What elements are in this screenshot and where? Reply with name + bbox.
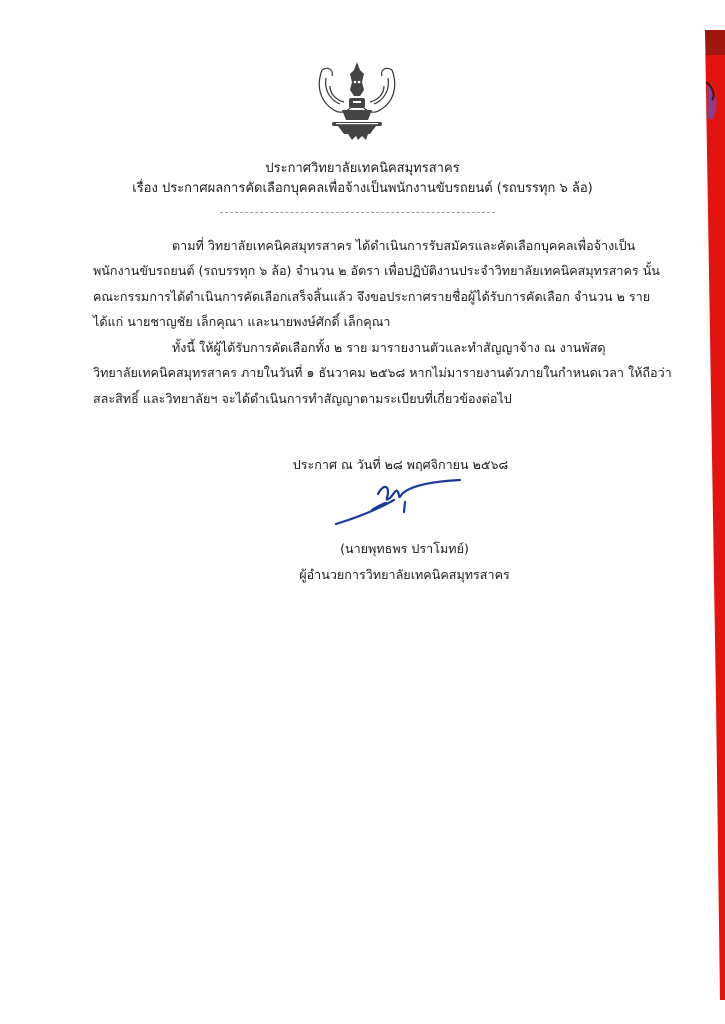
- paragraph-2-line: วิทยาลัยเทคนิคสมุทรสาคร ภายในวันที่ ๑ ธั…: [93, 360, 618, 385]
- paragraph-2-line: สละสิทธิ์ และวิทยาลัยฯ จะได้ดำเนินการทำส…: [93, 386, 618, 411]
- document-page: ประกาศวิทยาลัยเทคนิคสมุทรสาคร เรื่อง ประ…: [0, 0, 725, 1024]
- paragraph-1: ตามที่ วิทยาลัยเทคนิคสมุทรสาคร ได้ดำเนิน…: [93, 233, 618, 334]
- paragraph-2-line: ทั้งนี้ ให้ผู้ได้รับการคัดเลือกทั้ง ๒ รา…: [93, 335, 618, 360]
- paragraph-1-line: คณะกรรมการได้ดำเนินการคัดเลือกเสร็จสิ้นแ…: [93, 284, 618, 309]
- paragraph-2: ทั้งนี้ ให้ผู้ได้รับการคัดเลือกทั้ง ๒ รา…: [93, 335, 618, 411]
- signer-name: (นายพุทธพร ปราโมทย์): [42, 540, 725, 558]
- signature-icon: [332, 470, 467, 528]
- signer-position: ผู้อำนวยการวิทยาลัยเทคนิคสมุทรสาคร: [42, 566, 725, 584]
- paragraph-1-line: ได้แก่ นายชาญชัย เล็กคุณา และนายพงษ์ศักด…: [93, 309, 618, 334]
- document-heading: ประกาศวิทยาลัยเทคนิคสมุทรสาคร: [0, 160, 725, 178]
- dashed-divider: [220, 212, 495, 213]
- paragraph-1-line: พนักงานขับรถยนต์ (รถบรรทุก ๖ ล้อ) จำนวน …: [93, 258, 618, 283]
- garuda-emblem-icon: [312, 56, 402, 142]
- paragraph-1-line: ตามที่ วิทยาลัยเทคนิคสมุทรสาคร ได้ดำเนิน…: [93, 233, 618, 258]
- document-subject: เรื่อง ประกาศผลการคัดเลือกบุคคลเพื่อจ้าง…: [0, 180, 725, 198]
